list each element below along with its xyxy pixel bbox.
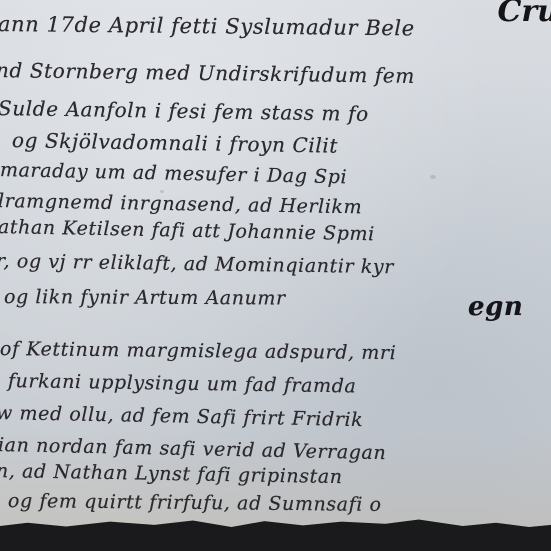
manuscript-line: athan Ketilsen fafi att Johannie Spmi xyxy=(0,216,375,245)
paper-stain xyxy=(430,175,436,179)
manuscript-line: ann 17de April fetti Syslumadur Bele xyxy=(0,12,415,40)
manuscript-line: n, ad Nathan Lynst fafi gripinstan xyxy=(0,460,343,488)
manuscript-line: ian nordan fam safi verid ad Verragan xyxy=(0,434,387,464)
manuscript-line: og Skjölvadomnali i froyn Cilit xyxy=(12,128,338,158)
manuscript-line: lramgnemd inrgnasend, ad Herlikm xyxy=(0,190,362,218)
manuscript-line: Sulde Aanfoln i fesi fem stass m fo xyxy=(0,96,369,126)
manuscript-line: maraday um ad mesufer i Dag Spi xyxy=(0,159,347,188)
manuscript-line: r, og vj rr eliklaft, ad Mominqiantir ky… xyxy=(0,250,394,278)
corner-word-fragment: Cru xyxy=(498,0,551,29)
manuscript-line: w med ollu, ad fem Safi frirt Fridrik xyxy=(0,402,364,431)
manuscript-line: og fem quirtt frirfufu, ad Sumnsafi o xyxy=(8,490,382,516)
torn-bottom-edge xyxy=(0,533,551,551)
manuscript-line: nd Stornberg med Undirskrifudum fem xyxy=(0,58,415,88)
manuscript-line: furkani upplysingu um fad framda xyxy=(8,370,357,397)
emphasized-word: egn xyxy=(468,292,523,322)
manuscript-page: Cru ann 17de April fetti Syslumadur Bele… xyxy=(0,0,551,540)
manuscript-line: og likn fynir Artum Aanumr xyxy=(4,286,286,309)
manuscript-line: of Kettinum margmislega adspurd, mri xyxy=(0,338,396,364)
